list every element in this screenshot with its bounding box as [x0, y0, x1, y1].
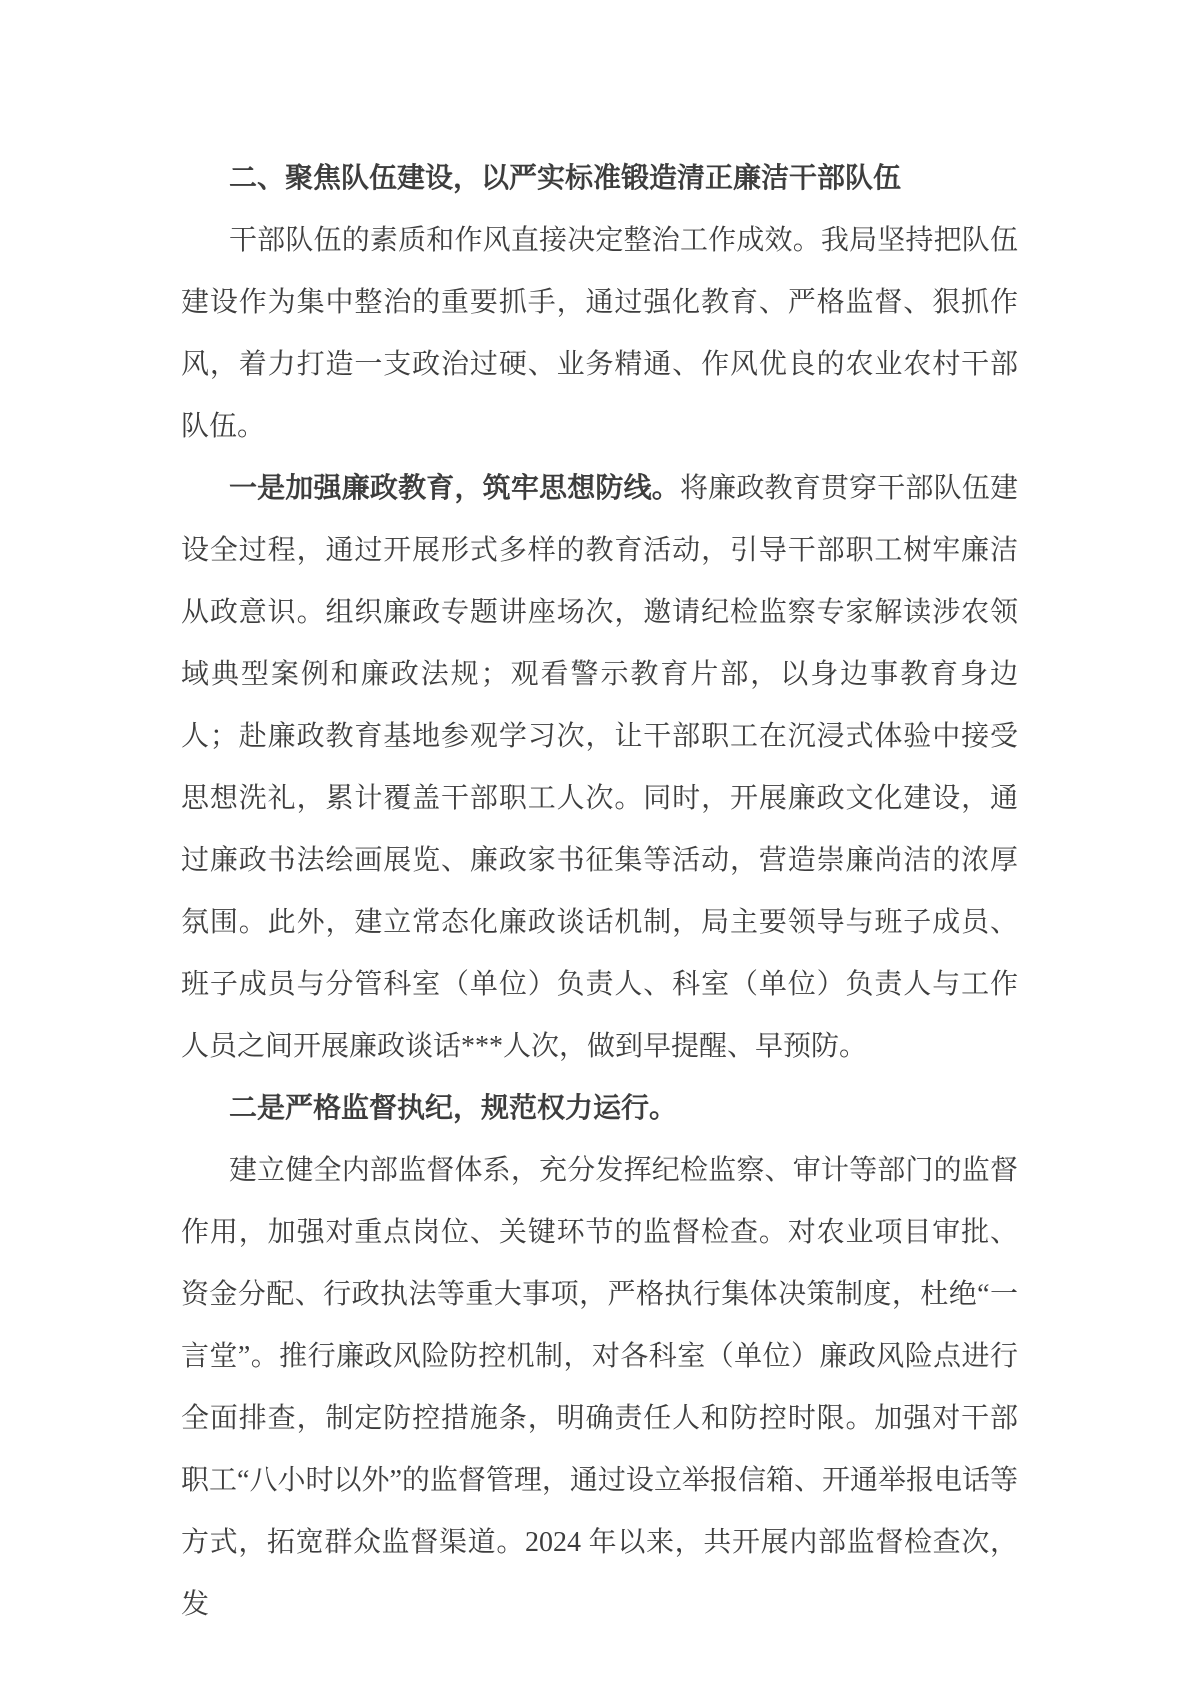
document-text-block: 二、聚焦队伍建设，以严实标准锻造清正廉洁干部队伍 干部队伍的素质和作风直接决定整… — [181, 148, 1018, 1636]
section-heading: 二、聚焦队伍建设，以严实标准锻造清正廉洁干部队伍 — [181, 148, 1018, 210]
point-one-paragraph: 一是加强廉政教育，筑牢思想防线。将廉政教育贯穿干部队伍建设全过程，通过开展形式多… — [181, 458, 1018, 1078]
point-one-body: 将廉政教育贯穿干部队伍建设全过程，通过开展形式多样的教育活动，引导干部职工树牢廉… — [181, 473, 1018, 1062]
document-page: 二、聚焦队伍建设，以严实标准锻造清正廉洁干部队伍 干部队伍的素质和作风直接决定整… — [0, 0, 1190, 1683]
point-two-heading: 二是严格监督执纪，规范权力运行。 — [181, 1078, 1018, 1140]
point-two-paragraph: 建立健全内部监督体系，充分发挥纪检监察、审计等部门的监督作用，加强对重点岗位、关… — [181, 1140, 1018, 1636]
point-one-lead: 一是加强廉政教育，筑牢思想防线。 — [229, 473, 680, 504]
intro-paragraph: 干部队伍的素质和作风直接决定整治工作成效。我局坚持把队伍建设作为集中整治的重要抓… — [181, 210, 1018, 458]
